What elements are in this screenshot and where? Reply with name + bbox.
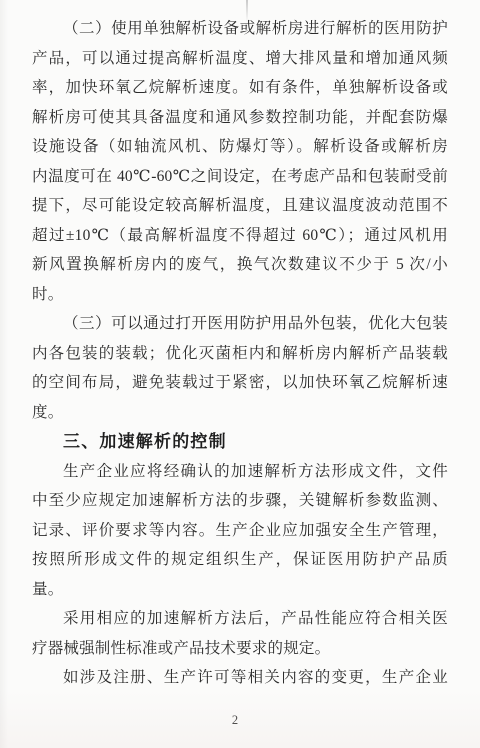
text-line: 疗器械强制性标准或产品技术要求的规定。 bbox=[32, 634, 448, 664]
text-line: 时。 bbox=[32, 280, 448, 310]
text-line: 内温度可在 40℃-60℃之间设定，在考虑产品和包装耐受前 bbox=[32, 162, 448, 192]
text-line: 设施设备（如轴流风机、防爆灯等）。解析设备或解析房 bbox=[32, 132, 448, 162]
section-heading: 三、加速解析的控制 bbox=[32, 427, 448, 457]
text-line: （三）可以通过打开医用防护用品外包装，优化大包装 bbox=[32, 309, 448, 339]
text-line: 率，加快环氧乙烷解析速度。如有条件，单独解析设备或 bbox=[32, 73, 448, 103]
text-line: 提下，尽可能设定较高解析温度，且建议温度波动范围不 bbox=[32, 191, 448, 221]
page-number: 2 bbox=[0, 712, 475, 728]
text-line: 产品，可以通过提高解析温度、增大排风量和增加通风频 bbox=[32, 44, 448, 74]
scan-edge-shadow bbox=[0, 0, 8, 748]
text-line: 超过±10℃（最高解析温度不得超过 60℃）；通过风机用 bbox=[32, 221, 448, 251]
text-line: 量。 bbox=[32, 575, 448, 605]
document-body: （二）使用单独解析设备或解析房进行解析的医用防护产品，可以通过提高解析温度、增大… bbox=[32, 14, 448, 693]
text-line: 内各包装的装载；优化灭菌柜内和解析房内解析产品装载 bbox=[32, 339, 448, 369]
document-page: （二）使用单独解析设备或解析房进行解析的医用防护产品，可以通过提高解析温度、增大… bbox=[0, 0, 480, 748]
text-line: 解析房可使其具备温度和通风参数控制功能，并配套防爆 bbox=[32, 103, 448, 133]
text-line: 新风置换解析房内的废气，换气次数建议不少于 5 次/小 bbox=[32, 250, 448, 280]
text-line: 中至少应规定加速解析方法的步骤，关键解析参数监测、 bbox=[32, 486, 448, 516]
text-line: 按照所形成文件的规定组织生产，保证医用防护产品质 bbox=[32, 545, 448, 575]
text-line: 度。 bbox=[32, 398, 448, 428]
text-line: （二）使用单独解析设备或解析房进行解析的医用防护 bbox=[32, 14, 448, 44]
text-line: 如涉及注册、生产许可等相关内容的变更，生产企业 bbox=[32, 663, 448, 693]
text-line: 的空间布局，避免装载过于紧密，以加快环氧乙烷解析速 bbox=[32, 368, 448, 398]
text-line: 生产企业应将经确认的加速解析方法形成文件，文件 bbox=[32, 457, 448, 487]
text-line: 采用相应的加速解析方法后，产品性能应符合相关医 bbox=[32, 604, 448, 634]
text-line: 记录、评价要求等内容。生产企业应加强安全生产管理， bbox=[32, 516, 448, 546]
